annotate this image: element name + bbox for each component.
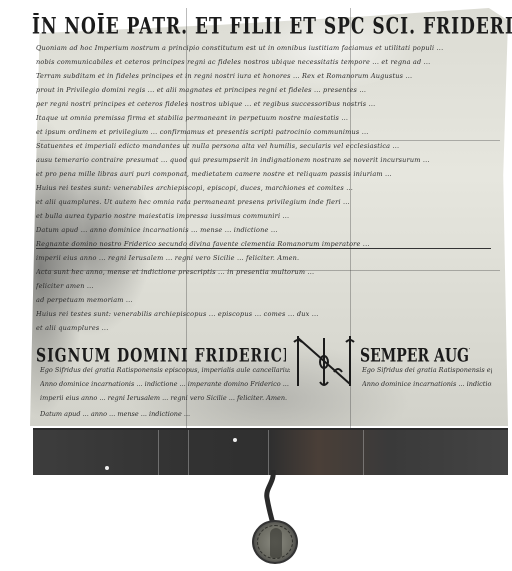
text-line: et bulla aurea typario nostre maiestatis… xyxy=(36,212,491,220)
seal-hole xyxy=(105,466,109,470)
witness-line: Anno dominice incarnationis ... indictio… xyxy=(362,380,492,388)
text-line: imperii eius anno ... regni Ierusalem ..… xyxy=(36,254,491,262)
monogram-icon xyxy=(290,332,360,392)
text-line: nobis communicabiles et ceteros principe… xyxy=(36,58,491,66)
text-line: et ipsum ordinem et privilegium ... conf… xyxy=(36,128,491,136)
text-line: Statuentes et imperiali edicto mandantes… xyxy=(36,142,491,150)
crease xyxy=(363,430,364,475)
text-line: ad perpetuam memoriam ... xyxy=(36,296,491,304)
witness-line: imperii eius anno ... regni Ierusalem ..… xyxy=(40,394,370,402)
crease xyxy=(188,430,189,475)
witness-line: Ego Sifridus dei gratia Ratisponensis ep… xyxy=(40,366,290,374)
charter-heading: ĪN NOĪE PATR. ET FILII ET SPC SCI. FRIDE… xyxy=(32,14,472,40)
text-line: ausu temerario contraire presumat ... qu… xyxy=(36,156,491,164)
signum-line: SIGNUM DOMINI FRIDERICI SECUNDI DEI GRAT… xyxy=(36,346,286,367)
text-line: Regnante domino nostro Friderico secundo… xyxy=(36,240,491,249)
text-line: et pro pena mille libras auri puri compo… xyxy=(36,170,491,178)
text-line: Quoniam ad hoc Imperium nostrum a princi… xyxy=(36,44,491,52)
text-line: et alii quamplures ... xyxy=(36,324,491,332)
text-line: feliciter amen ... xyxy=(36,282,491,290)
crease xyxy=(158,430,159,475)
seal-figure-icon xyxy=(270,528,282,558)
seal-hole xyxy=(233,438,237,442)
wax-seal xyxy=(252,520,298,564)
text-line: Acta sunt hec anno, mense et indictione … xyxy=(36,268,491,276)
witness-line: Anno dominice incarnationis ... indictio… xyxy=(40,380,290,388)
text-line: Itaque ut omnia premissa firma et stabil… xyxy=(36,114,491,122)
seal-cord xyxy=(255,470,285,525)
datum-line: Datum apud ... anno ... mense ... indict… xyxy=(40,410,220,418)
crease xyxy=(268,430,269,475)
text-line: et alii quamplures. Ut autem hec omnia r… xyxy=(36,198,491,206)
text-line: per regni nostri principes et ceteros fi… xyxy=(36,100,491,108)
text-line: Huius rei testes sunt: venerabiles archi… xyxy=(36,184,491,192)
text-line: Datum apud ... anno dominice incarnation… xyxy=(36,226,491,234)
text-line: prout in Privilegio domini regis ... et … xyxy=(36,86,491,94)
witness-line: Ego Sifridus dei gratia Ratisponensis ep… xyxy=(362,366,492,374)
plica-fold xyxy=(33,428,508,475)
signum-line-right: SEMPER AUGUSTI ET REGIS SICILIE xyxy=(360,346,470,367)
fold-line xyxy=(40,140,500,141)
text-line: Huius rei testes sunt: venerabilis archi… xyxy=(36,310,491,318)
text-line: Terram subditam et in fideles principes … xyxy=(36,72,491,80)
